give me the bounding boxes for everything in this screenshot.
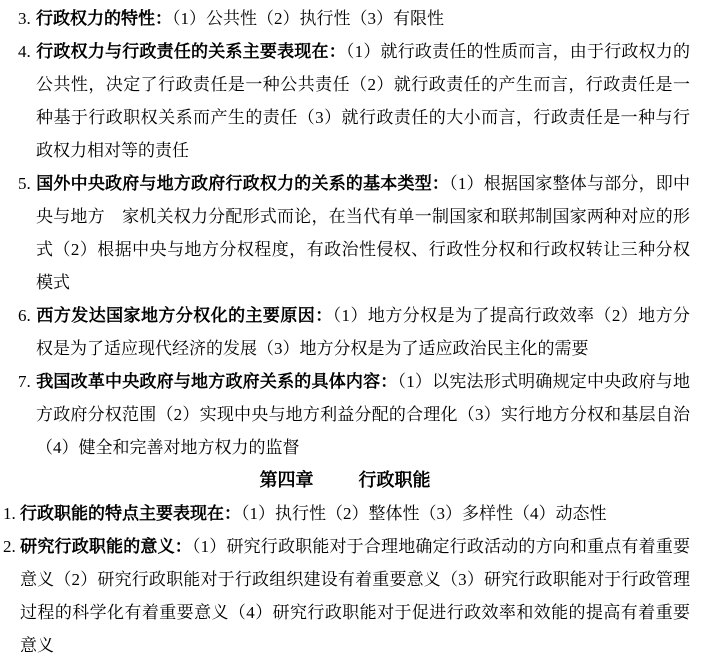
chapter-heading: 第四章行政职能 <box>0 464 690 497</box>
list-item-7: 7.我国改革中央政府与地方政府关系的具体内容：（1）以宪法形式明确规定中央政府与… <box>0 365 690 464</box>
list-item-1: 1.行政职能的特点主要表现在：（1）执行性（2）整体性（3）多样性（4）动态性 <box>0 497 690 530</box>
item-number: 6. <box>18 299 36 332</box>
list-item-5: 5.国外中央政府与地方政府行政权力的关系的基本类型：（1）根据国家整体与部分，即… <box>0 167 690 299</box>
chapter-title: 行政职能 <box>359 464 431 497</box>
list-item-4: 4.行政权力与行政责任的关系主要表现在：（1）就行政责任的性质而言，由于行政权力… <box>0 35 690 167</box>
item-title: 研究行政职能的意义： <box>20 537 192 556</box>
item-number: 2. <box>3 530 20 563</box>
item-number: 4. <box>18 35 36 68</box>
item-title: 行政职能的特点主要表现在： <box>20 504 241 523</box>
document-page: { "page": { "background": "#ffffff", "te… <box>0 0 703 667</box>
item-number: 1. <box>3 497 20 530</box>
list-item-6: 6.西方发达国家地方分权化的主要原因：（1）地方分权是为了提高行政效率（2）地方… <box>0 299 690 365</box>
item-title: 西方发达国家地方分权化的主要原因： <box>36 306 333 325</box>
item-title: 行政权力的特性： <box>36 9 172 28</box>
chapter-number: 第四章 <box>260 464 314 497</box>
item-number: 7. <box>18 365 36 398</box>
item-body: （1）执行性（2）整体性（3）多样性（4）动态性 <box>241 504 607 523</box>
item-number: 3. <box>18 2 36 35</box>
list-item-3: 3.行政权力的特性：（1）公共性（2）执行性（3）有限性 <box>0 2 690 35</box>
item-title: 我国改革中央政府与地方政府关系的具体内容： <box>36 372 398 391</box>
item-body: （1）公共性（2）执行性（3）有限性 <box>172 9 444 28</box>
item-title: 行政权力与行政责任的关系主要表现在： <box>36 42 346 61</box>
item-number: 5. <box>18 167 36 200</box>
list-item-2: 2.研究行政职能的意义：（1）研究行政职能对于合理地确定行政活动的方向和重点有着… <box>0 530 690 662</box>
item-title: 国外中央政府与地方政府行政权力的关系的基本类型： <box>36 174 449 193</box>
